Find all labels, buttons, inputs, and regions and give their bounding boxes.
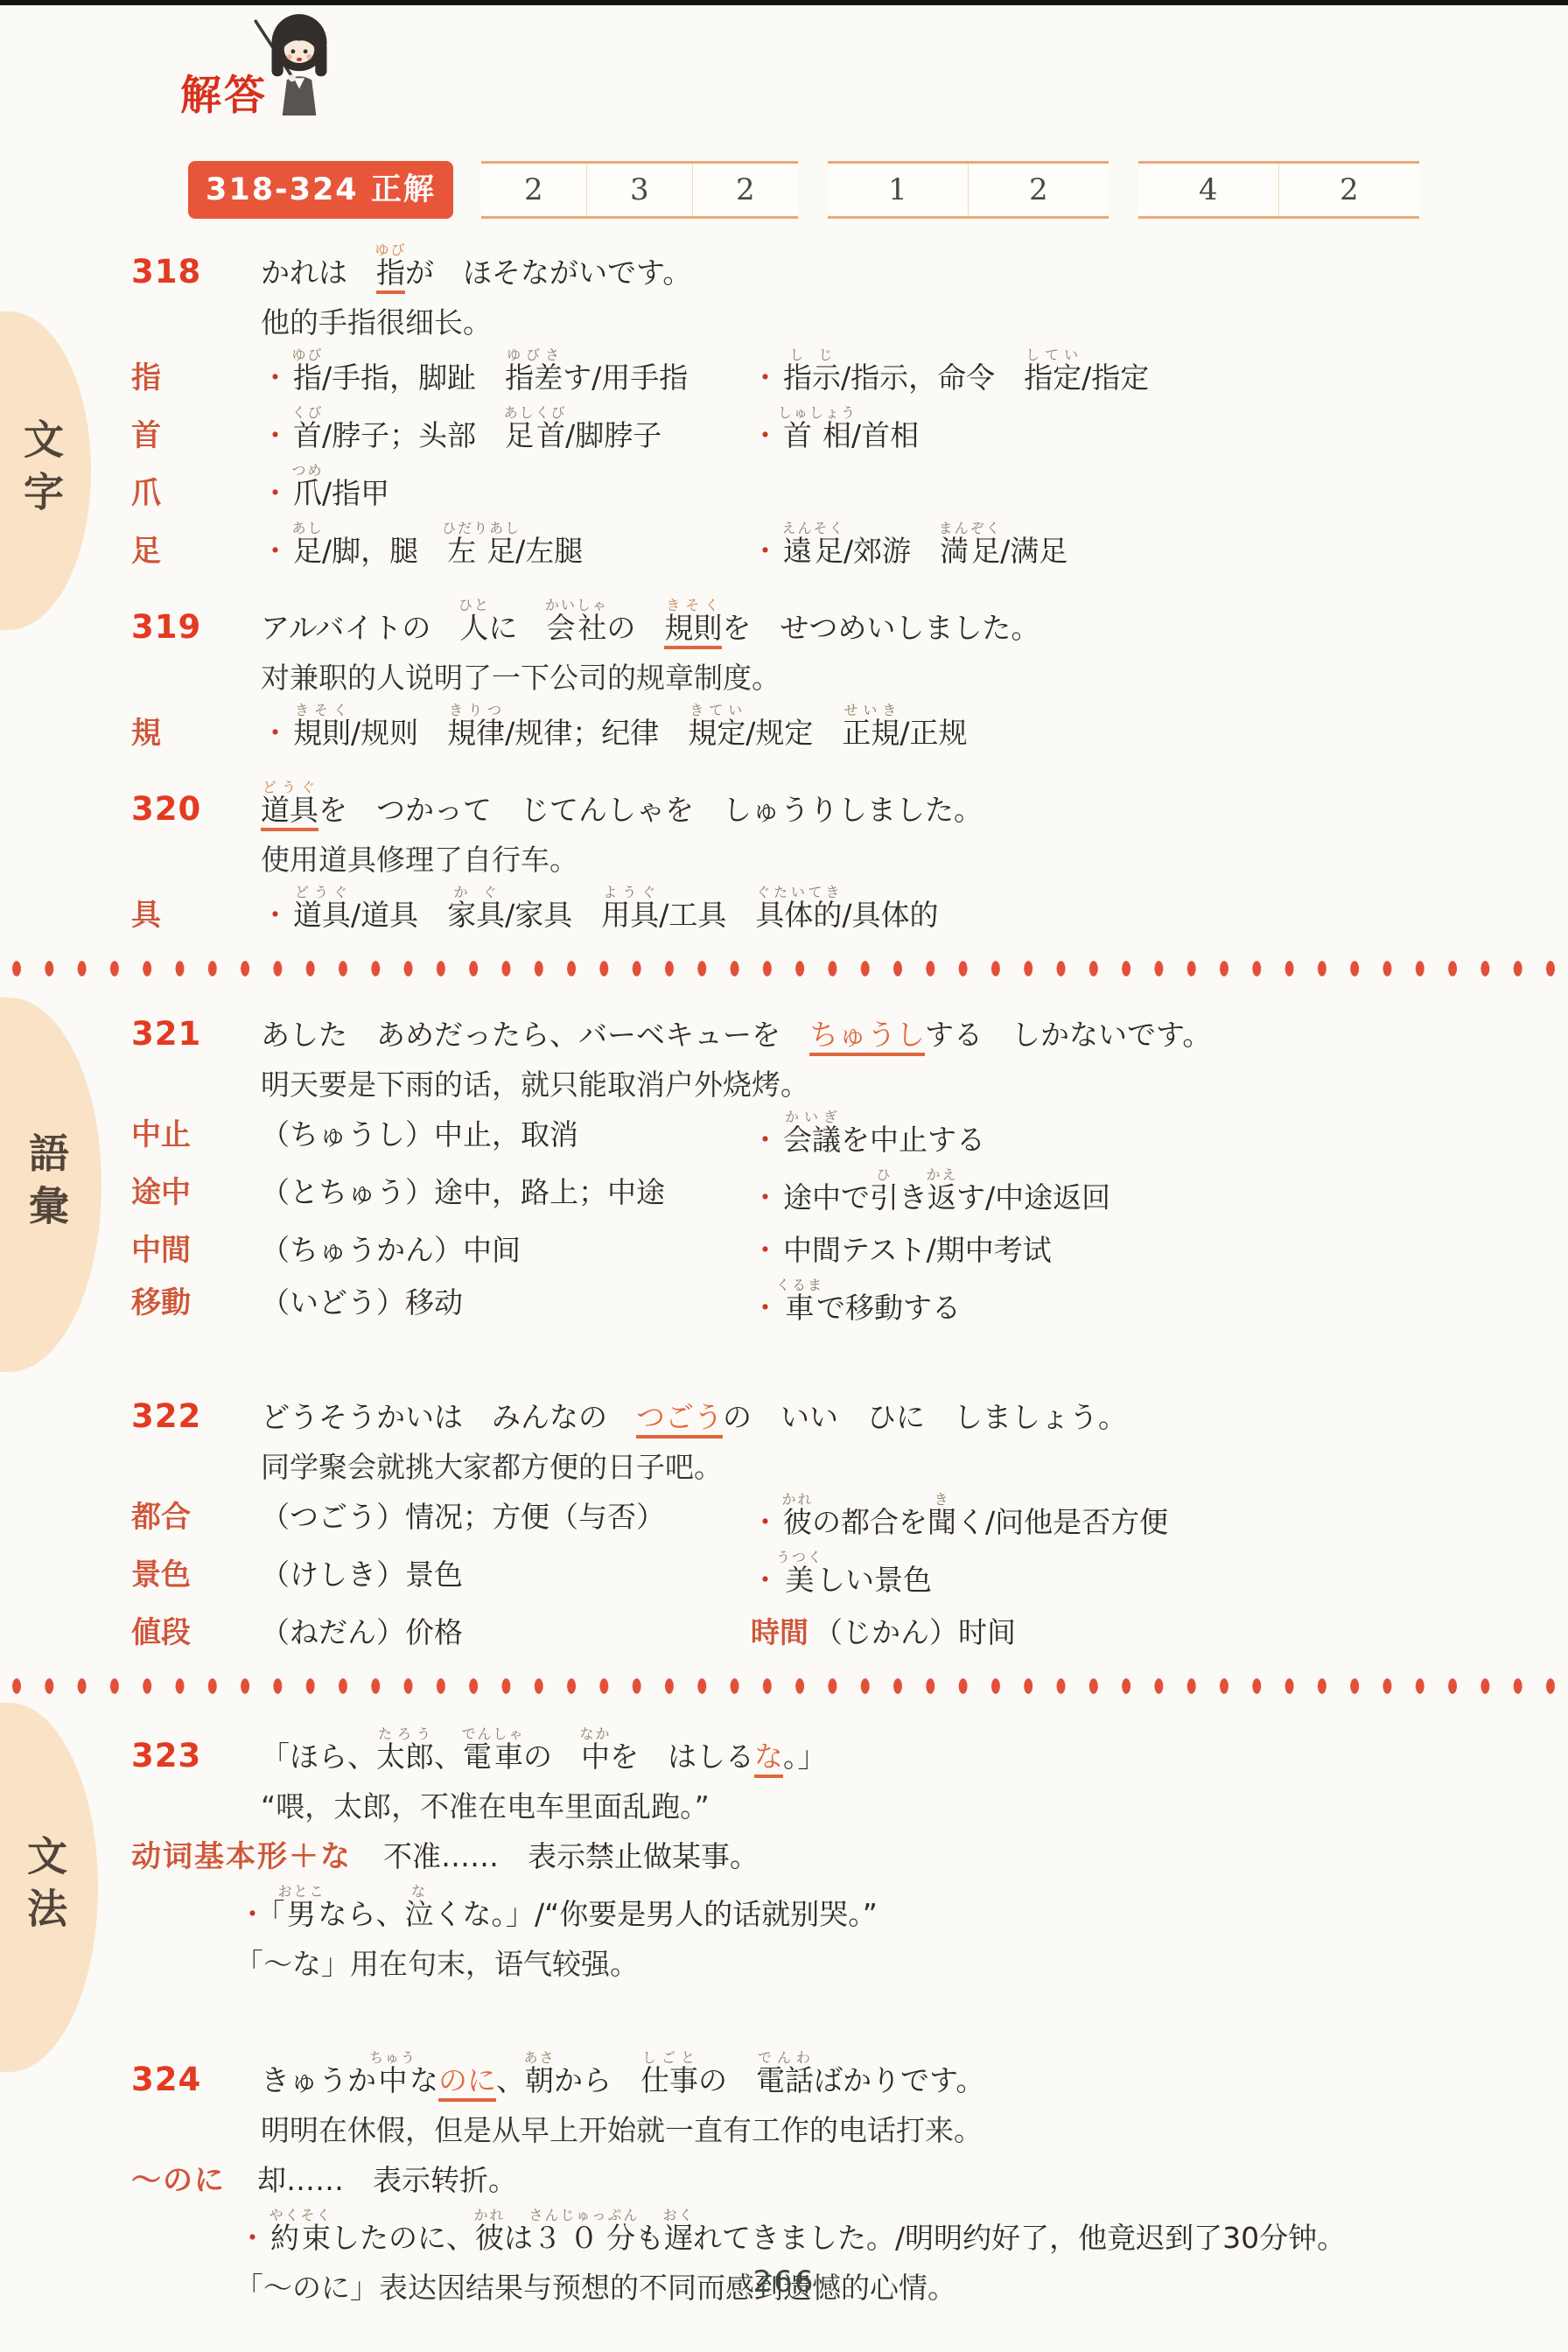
text-segment: 指示しじ bbox=[783, 360, 841, 395]
vocab-entry: （ねだん）价格時間（じかん）时间 bbox=[261, 1606, 1531, 1659]
main-content: 318かれは 指ゆびが ほそながいです。他的手指很细长。指・指ゆび/手指，脚趾 … bbox=[0, 234, 1568, 2317]
example-row: ・「男おとこなら、泣なくな。」/“你要是男人的话就别哭。” bbox=[131, 1883, 1531, 1941]
question-sentence: あした あめだったら、バーベキューを ちゅうしする しかないです。 bbox=[261, 1009, 1531, 1061]
question-translation: “喂，太郎，不准在电车里面乱跑。” bbox=[261, 1783, 1531, 1830]
vocab-entry: ・指ゆび/手指，脚趾 指差ゆびさす/用手指・指示しじ/指示，命令 指定してい/指… bbox=[261, 346, 1531, 404]
vocab-definition: ・足あし/脚，腿 左足ひだりあし/左腿 bbox=[261, 520, 751, 577]
bullet-dot-icon: ・ bbox=[751, 1233, 780, 1267]
text-segment: ３０分さんじゅっぷん bbox=[533, 2221, 635, 2255]
text-segment: /满足 bbox=[1000, 534, 1067, 568]
question-row: 318かれは 指ゆびが ほそながいです。 bbox=[131, 241, 1531, 299]
text-segment: 中なか bbox=[581, 1739, 610, 1774]
vocab-example: ・彼かれの都合を聞きく/问他是否方便 bbox=[751, 1491, 1531, 1549]
question-sentence: 道具どうぐを つかって じてんしゃを しゅうりしました。 bbox=[261, 779, 1531, 836]
text-segment: 正規せいき bbox=[842, 716, 899, 750]
text-segment: 引ひ bbox=[870, 1180, 899, 1214]
text-segment: 電話でんわ bbox=[756, 2063, 814, 2097]
bullet-dot-icon: ・ bbox=[261, 360, 290, 395]
question-sentence: きゅうか中ちゅうなのに、朝あさから 仕事しごとの 電話でんわばかりです。 bbox=[261, 2049, 1531, 2107]
answer-banner-label: 318-324 正解 bbox=[188, 161, 453, 219]
text-segment: /左腿 bbox=[515, 534, 583, 568]
text-segment: 、 bbox=[434, 1739, 463, 1774]
text-segment: あした あめだったら、バーベキューを bbox=[261, 1018, 809, 1052]
text-segment: 。」 bbox=[783, 1739, 827, 1774]
answer-cell: 4 bbox=[1138, 164, 1278, 216]
text-segment: /脖子；头部 bbox=[322, 418, 505, 452]
text-segment: （つごう）情况；方便（与否） bbox=[261, 1500, 665, 1534]
example-row: ・約束やくそくしたのに、彼かれは３０分さんじゅっぷんも遅おくれてきました。/明明… bbox=[131, 2207, 1531, 2264]
text-segment: から bbox=[554, 2063, 640, 2097]
text-segment: /道具 bbox=[351, 898, 447, 932]
vocab-row: 規・規則きそく/规则 規律きりつ/规律；纪律 規定きてい/规定 正規せいき/正规 bbox=[131, 702, 1531, 759]
bullet-dot-icon: ・ bbox=[751, 418, 780, 452]
vocab-example: ・美うつくしい景色 bbox=[751, 1549, 1531, 1606]
vocab-headword: 途中 bbox=[131, 1166, 261, 1219]
text-segment: 途中で bbox=[783, 1180, 870, 1214]
text-segment: （とちゅう）途中，路上；中途 bbox=[261, 1175, 665, 1209]
question-number: 320 bbox=[131, 783, 261, 836]
bullet-dot-icon: ・ bbox=[261, 716, 290, 750]
text-segment: /规定 bbox=[745, 716, 842, 750]
vocab-entry: ・規則きそく/规则 規律きりつ/规律；纪律 規定きてい/规定 正規せいき/正规 bbox=[261, 702, 1531, 759]
vocab-headword: 爪 bbox=[131, 467, 261, 520]
bullet-dot-icon: ・ bbox=[751, 1180, 780, 1214]
text-segment: 泣な bbox=[405, 1897, 434, 1931]
vocab-definition: （けしき）景色 bbox=[261, 1549, 751, 1606]
text-segment: 足あし bbox=[293, 534, 322, 568]
text-segment: す/中途返回 bbox=[956, 1180, 1110, 1214]
text-segment: 中ちゅう bbox=[376, 2063, 409, 2097]
text-segment: 返かえ bbox=[927, 1180, 956, 1214]
bullet-dot-icon: ・ bbox=[751, 1123, 780, 1157]
text-segment: 遅おく bbox=[664, 2221, 693, 2255]
answer-word: 道具どうぐ bbox=[261, 793, 318, 831]
text-segment: （いどう）移动 bbox=[261, 1285, 463, 1319]
vocab-entry: ・爪つめ/指甲 bbox=[261, 462, 1531, 520]
grammar-meaning: 不准…… 表示禁止做某事。 bbox=[383, 1830, 1531, 1883]
vocab-row: 指・指ゆび/手指，脚趾 指差ゆびさす/用手指・指示しじ/指示，命令 指定してい/… bbox=[131, 346, 1531, 404]
text-segment: 彼かれ bbox=[783, 1505, 812, 1539]
question-translation: 明天要是下雨的话，就只能取消户外烧烤。 bbox=[261, 1061, 1531, 1109]
answer-cell: 2 bbox=[692, 164, 798, 216]
teacher-mascot-illustration bbox=[243, 5, 355, 117]
text-segment: に bbox=[488, 611, 546, 645]
bullet-dot-icon: ・ bbox=[261, 418, 290, 452]
vocab-entry: （ちゅうかん）中间・中間テスト/期中考试 bbox=[261, 1224, 1531, 1277]
text-segment: 首相しゅしょう bbox=[783, 418, 851, 452]
translation-row: 对兼职的人说明了一下公司的规章制度。 bbox=[131, 654, 1531, 702]
question-translation: 使用道具修理了自行车。 bbox=[261, 836, 1531, 884]
grammar-meaning: 却…… 表示转折。 bbox=[257, 2154, 1531, 2207]
vocab-definition: （ねだん）价格 bbox=[261, 1606, 751, 1659]
vocab-entry: ・足あし/脚，腿 左足ひだりあし/左腿・遠足えんそく/郊游 満足まんぞく/满足 bbox=[261, 520, 1531, 577]
vocab-entry: （つごう）情况；方便（与否）・彼かれの都合を聞きく/问他是否方便 bbox=[261, 1491, 1531, 1549]
answer-cell: 2 bbox=[968, 164, 1109, 216]
text-segment: 聞き bbox=[927, 1505, 956, 1539]
text-segment: 会社かいしゃ bbox=[546, 611, 606, 645]
text-segment: 太郎たろう bbox=[376, 1739, 434, 1774]
vocab-definition: ・首くび/脖子；头部 足首あしくび/脚脖子 bbox=[261, 404, 751, 462]
translation-row: 明明在休假，但是从早上开始就一直有工作的电话打来。 bbox=[131, 2107, 1531, 2154]
question-row: 323「ほら、太郎たろう、電車でんしゃの 中なかを はしるな。」 bbox=[131, 1725, 1531, 1783]
vocab-row: 足・足あし/脚，腿 左足ひだりあし/左腿・遠足えんそく/郊游 満足まんぞく/满足 bbox=[131, 520, 1531, 577]
text-segment: も bbox=[635, 2221, 664, 2255]
text-segment: 仕事しごと bbox=[640, 2063, 698, 2097]
vocab-definition: （つごう）情况；方便（与否） bbox=[261, 1491, 751, 1549]
question-translation: 他的手指很细长。 bbox=[261, 299, 1531, 346]
text-segment: 具体的ぐたいてき bbox=[755, 898, 842, 932]
question-row: 321あした あめだったら、バーベキューを ちゅうしする しかないです。 bbox=[131, 1008, 1531, 1061]
note-row: 「～な」用在句末，语气较强。 bbox=[131, 1941, 1531, 1993]
text-segment: 満足まんぞく bbox=[940, 534, 1000, 568]
text-segment: /指甲 bbox=[322, 476, 389, 510]
answer-cell: 3 bbox=[586, 164, 692, 216]
grammar-row: 动词基本形＋な不准…… 表示禁止做某事。 bbox=[131, 1830, 1531, 1883]
answer-banner: 318-324 正解 2321242 bbox=[188, 161, 1419, 219]
text-segment: 時間 bbox=[751, 1615, 808, 1649]
answer-cell: 2 bbox=[1278, 164, 1419, 216]
text-segment: /工具 bbox=[659, 898, 755, 932]
text-segment: 美うつく bbox=[783, 1563, 816, 1597]
grammar-pattern: ～のに bbox=[131, 2154, 226, 2207]
vocab-example: ・首相しゅしょう/首相 bbox=[751, 404, 1531, 462]
answer-word: 指ゆび bbox=[376, 255, 405, 294]
vocab-row: 都合（つごう）情况；方便（与否）・彼かれの都合を聞きく/问他是否方便 bbox=[131, 1491, 1531, 1549]
vocab-headword: 指 bbox=[131, 352, 261, 404]
spacer bbox=[131, 1334, 1531, 1371]
vocab-headword: 景色 bbox=[131, 1549, 261, 1601]
text-segment: アルバイトの bbox=[261, 611, 459, 645]
grammar-row: ～のに却…… 表示转折。 bbox=[131, 2154, 1531, 2207]
vocab-entry: （ちゅうし）中止，取消・会議かいぎを中止する bbox=[261, 1109, 1531, 1166]
vocab-headword: 都合 bbox=[131, 1491, 261, 1543]
text-segment: 男おとこ bbox=[285, 1897, 318, 1931]
question-sentence: アルバイトの 人ひとに 会社かいしゃの 規則きそくを せつめいしました。 bbox=[261, 597, 1531, 654]
text-segment: /脚脖子 bbox=[565, 418, 661, 452]
text-segment: /指示，命令 bbox=[841, 360, 1024, 395]
vocab-example: 時間（じかん）时间 bbox=[751, 1606, 1531, 1659]
question-row: 320道具どうぐを つかって じてんしゃを しゅうりしました。 bbox=[131, 779, 1531, 836]
text-segment: れてきました。/明明约好了，他竟迟到了30分钟。 bbox=[693, 2221, 1346, 2255]
example-sentence: ・「男おとこなら、泣なくな。」/“你要是男人的话就别哭。” bbox=[238, 1883, 1531, 1941]
vocab-entry: ・道具どうぐ/道具 家具かぐ/家具 用具ようぐ/工具 具体的ぐたいてき/具体的 bbox=[261, 884, 1531, 941]
vocab-headword: 中間 bbox=[131, 1224, 261, 1277]
text-segment: 家具かぐ bbox=[447, 898, 505, 932]
text-segment: な bbox=[409, 2063, 438, 2097]
text-segment: したのに、 bbox=[331, 2221, 475, 2255]
text-segment: しい景色 bbox=[816, 1563, 932, 1597]
vocab-row: 値段（ねだん）价格時間（じかん）时间 bbox=[131, 1606, 1531, 1659]
question-number: 322 bbox=[131, 1390, 261, 1443]
bullet-dot-icon: ・ bbox=[261, 898, 290, 932]
text-segment: なら、 bbox=[318, 1897, 405, 1931]
text-segment: 規定きてい bbox=[688, 716, 745, 750]
text-segment: 人ひと bbox=[459, 611, 488, 645]
text-segment: の bbox=[698, 2063, 756, 2097]
text-segment: 遠足えんそく bbox=[783, 534, 843, 568]
text-segment: /脚，腿 bbox=[322, 534, 447, 568]
translation-row: 明天要是下雨的话，就只能取消户外烧烤。 bbox=[131, 1061, 1531, 1109]
question-translation: 对兼职的人说明了一下公司的规章制度。 bbox=[261, 654, 1531, 702]
text-segment: （ちゅうし）中止，取消 bbox=[261, 1117, 578, 1151]
text-segment: きゅうか bbox=[261, 2063, 376, 2097]
text-segment: どうそうかいは みんなの bbox=[261, 1400, 636, 1434]
text-segment: 、 bbox=[496, 2063, 525, 2097]
text-segment: 道具どうぐ bbox=[293, 898, 351, 932]
text-segment: く/问他是否方便 bbox=[956, 1505, 1168, 1539]
answer-word: つごう bbox=[636, 1400, 723, 1438]
text-segment: 左足ひだりあし bbox=[447, 534, 515, 568]
text-segment: （じかん）时间 bbox=[814, 1615, 1016, 1649]
text-segment: 彼かれ bbox=[475, 2221, 504, 2255]
vocab-definition: （ちゅうし）中止，取消 bbox=[261, 1109, 751, 1166]
vocab-headword: 規 bbox=[131, 707, 261, 759]
text-segment: /首相 bbox=[851, 418, 919, 452]
question-row: 322どうそうかいは みんなの つごうの いい ひに しましょう。 bbox=[131, 1390, 1531, 1444]
text-segment: の bbox=[606, 611, 664, 645]
text-segment: （ねだん）价格 bbox=[261, 1615, 463, 1649]
vocab-example: ・会議かいぎを中止する bbox=[751, 1109, 1531, 1166]
translation-row: 使用道具修理了自行车。 bbox=[131, 836, 1531, 884]
text-segment: （けしき）景色 bbox=[261, 1557, 463, 1592]
text-segment: を つかって じてんしゃを しゅうりしました。 bbox=[318, 793, 983, 827]
usage-note: 「～な」用在句末，语气较强。 bbox=[234, 1941, 1531, 1988]
bullet-dot-icon: ・ bbox=[238, 1897, 267, 1931]
vocab-row: 中間（ちゅうかん）中间・中間テスト/期中考试 bbox=[131, 1224, 1531, 1277]
question-translation: 同学聚会就挑大家都方便的日子吧。 bbox=[261, 1444, 1531, 1491]
text-segment: を せつめいしました。 bbox=[722, 611, 1039, 645]
text-segment: 首くび bbox=[293, 418, 322, 452]
text-segment: 中間テスト/期中考试 bbox=[783, 1233, 1052, 1267]
text-segment: する しかないです。 bbox=[925, 1018, 1211, 1052]
vocab-example: ・遠足えんそく/郊游 満足まんぞく/满足 bbox=[751, 520, 1531, 577]
text-segment: 車くるま bbox=[783, 1291, 816, 1325]
vocab-definition: （ちゅうかん）中间 bbox=[261, 1224, 751, 1277]
vocab-entry: ・首くび/脖子；头部 足首あしくび/脚脖子・首相しゅしょう/首相 bbox=[261, 404, 1531, 462]
text-segment: の都合を bbox=[812, 1505, 927, 1539]
text-segment: の いい ひに しましょう。 bbox=[723, 1400, 1127, 1434]
question-sentence: 「ほら、太郎たろう、電車でんしゃの 中なかを はしるな。」 bbox=[261, 1725, 1531, 1783]
text-segment: 指ゆび bbox=[293, 360, 322, 395]
text-segment: /规律；纪律 bbox=[505, 716, 688, 750]
grammar-pattern: 动词基本形＋な bbox=[131, 1830, 352, 1883]
bullet-dot-icon: ・ bbox=[261, 476, 290, 510]
text-segment: くな。」/“你要是男人的话就别哭。” bbox=[434, 1897, 878, 1931]
question-row: 324きゅうか中ちゅうなのに、朝あさから 仕事しごとの 電話でんわばかりです。 bbox=[131, 2049, 1531, 2107]
text-segment: 爪つめ bbox=[293, 476, 322, 510]
text-segment: 「ほら、 bbox=[261, 1739, 376, 1774]
page-header: 解答 318-324 正解 2321242 bbox=[0, 5, 1568, 234]
bullet-dot-icon: ・ bbox=[751, 534, 780, 568]
text-segment: 「～な」用在句末，语气较强。 bbox=[234, 1947, 639, 1981]
vocab-definition: ・指ゆび/手指，脚趾 指差ゆびさす/用手指 bbox=[261, 346, 751, 404]
vocab-row: 移動（いどう）移动・車くるまで移動する bbox=[131, 1277, 1531, 1334]
text-segment: 規律きりつ bbox=[447, 716, 505, 750]
vocab-row: 中止（ちゅうし）中止，取消・会議かいぎを中止する bbox=[131, 1109, 1531, 1166]
text-segment: 不准…… 表示禁止做某事。 bbox=[383, 1839, 759, 1873]
bullet-dot-icon: ・ bbox=[238, 2221, 267, 2255]
answer-cell: 1 bbox=[828, 164, 968, 216]
vocab-headword: 移動 bbox=[131, 1277, 261, 1329]
vocab-row: 途中（とちゅう）途中，路上；中途・途中で引ひき返かえす/中途返回 bbox=[131, 1166, 1531, 1224]
vocab-entry: （けしき）景色・美うつくしい景色 bbox=[261, 1549, 1531, 1606]
bullet-dot-icon: ・ bbox=[751, 360, 780, 395]
answer-word: のに bbox=[438, 2063, 496, 2102]
text-segment: き bbox=[899, 1180, 927, 1214]
vocab-example: ・車くるまで移動する bbox=[751, 1277, 1531, 1334]
question-sentence: どうそうかいは みんなの つごうの いい ひに しましょう。 bbox=[261, 1391, 1531, 1444]
text-segment: 指定してい bbox=[1024, 360, 1081, 395]
vocab-definition: （いどう）移动 bbox=[261, 1277, 751, 1334]
vocab-example: ・途中で引ひき返かえす/中途返回 bbox=[751, 1166, 1531, 1224]
text-segment: 朝あさ bbox=[525, 2063, 554, 2097]
vocab-headword: 値段 bbox=[131, 1606, 261, 1659]
vocab-row: 具・道具どうぐ/道具 家具かぐ/家具 用具ようぐ/工具 具体的ぐたいてき/具体的 bbox=[131, 884, 1531, 941]
vocab-example: ・指示しじ/指示，命令 指定してい/指定 bbox=[751, 346, 1531, 404]
answer-groups: 2321242 bbox=[481, 161, 1419, 219]
vocab-example bbox=[751, 462, 1531, 520]
question-number: 318 bbox=[131, 246, 261, 298]
text-segment: （ちゅうかん）中间 bbox=[261, 1233, 521, 1267]
dotted-section-divider bbox=[0, 948, 1568, 989]
text-segment: 会議かいぎ bbox=[783, 1123, 841, 1157]
dotted-section-divider bbox=[0, 1666, 1568, 1706]
answer-group: 42 bbox=[1138, 161, 1419, 219]
translation-row: 同学聚会就挑大家都方便的日子吧。 bbox=[131, 1444, 1531, 1491]
answer-word: 規則きそく bbox=[664, 611, 722, 649]
vocab-entry: （いどう）移动・車くるまで移動する bbox=[261, 1277, 1531, 1334]
translation-row: “喂，太郎，不准在电车里面乱跑。” bbox=[131, 1783, 1531, 1830]
text-segment: を中止する bbox=[841, 1123, 985, 1157]
text-segment: /指定 bbox=[1081, 360, 1149, 395]
answer-cell: 2 bbox=[481, 164, 586, 216]
bullet-dot-icon: ・ bbox=[261, 534, 290, 568]
text-segment: ばかりです。 bbox=[814, 2063, 984, 2097]
text-segment: を はしる bbox=[610, 1739, 754, 1774]
text-segment: す/用手指 bbox=[563, 360, 688, 395]
translation-row: 他的手指很细长。 bbox=[131, 299, 1531, 346]
text-segment: 電車でんしゃ bbox=[463, 1739, 523, 1774]
text-segment: 用具ようぐ bbox=[601, 898, 659, 932]
text-segment: /具体的 bbox=[842, 898, 938, 932]
vocab-example: ・中間テスト/期中考试 bbox=[751, 1224, 1531, 1277]
question-sentence: かれは 指ゆびが ほそながいです。 bbox=[261, 241, 1531, 299]
example-sentence: ・約束やくそくしたのに、彼かれは３０分さんじゅっぷんも遅おくれてきました。/明明… bbox=[238, 2207, 1531, 2264]
text-segment: /规则 bbox=[351, 716, 447, 750]
text-segment: /郊游 bbox=[843, 534, 940, 568]
text-segment: 足首あしくび bbox=[505, 418, 565, 452]
vocab-definition: （とちゅう）途中，路上；中途 bbox=[261, 1166, 751, 1224]
answer-group: 12 bbox=[828, 161, 1109, 219]
vocab-row: 爪・爪つめ/指甲 bbox=[131, 462, 1531, 520]
question-number: 324 bbox=[131, 2054, 261, 2106]
question-translation: 明明在休假，但是从早上开始就一直有工作的电话打来。 bbox=[261, 2107, 1531, 2154]
vocab-row: 首・首くび/脖子；头部 足首あしくび/脚脖子・首相しゅしょう/首相 bbox=[131, 404, 1531, 462]
text-segment: 指差ゆびさ bbox=[505, 360, 563, 395]
answer-word: ちゅうし bbox=[809, 1018, 925, 1056]
text-segment: /正规 bbox=[899, 716, 967, 750]
bullet-dot-icon: ・ bbox=[751, 1505, 780, 1539]
text-segment: で移動する bbox=[816, 1291, 961, 1325]
vocab-definition: ・爪つめ/指甲 bbox=[261, 462, 751, 520]
vocab-headword: 具 bbox=[131, 889, 261, 941]
vocab-headword: 首 bbox=[131, 409, 261, 462]
text-segment: 約束やくそく bbox=[270, 2221, 331, 2255]
text-segment: 規則きそく bbox=[293, 716, 351, 750]
vocab-row: 景色（けしき）景色・美うつくしい景色 bbox=[131, 1549, 1531, 1606]
vocab-entry: （とちゅう）途中，路上；中途・途中で引ひき返かえす/中途返回 bbox=[261, 1166, 1531, 1224]
question-number: 321 bbox=[131, 1008, 261, 1060]
text-segment: の bbox=[523, 1739, 581, 1774]
text-segment: が ほそながいです。 bbox=[405, 255, 691, 290]
spacer bbox=[131, 1993, 1531, 2030]
answer-word: な bbox=[754, 1739, 783, 1778]
text-segment: /家具 bbox=[505, 898, 601, 932]
text-segment: /手指，脚趾 bbox=[322, 360, 505, 395]
vocab-headword: 足 bbox=[131, 525, 261, 577]
question-row: 319アルバイトの 人ひとに 会社かいしゃの 規則きそくを せつめいしました。 bbox=[131, 597, 1531, 654]
page-number: 266 bbox=[0, 2264, 1568, 2299]
vocab-headword: 中止 bbox=[131, 1109, 261, 1161]
question-number: 323 bbox=[131, 1730, 261, 1782]
question-number: 319 bbox=[131, 601, 261, 654]
answer-group: 232 bbox=[481, 161, 798, 219]
text-segment: かれは bbox=[261, 255, 376, 290]
text-segment: 却…… 表示转折。 bbox=[257, 2163, 517, 2197]
